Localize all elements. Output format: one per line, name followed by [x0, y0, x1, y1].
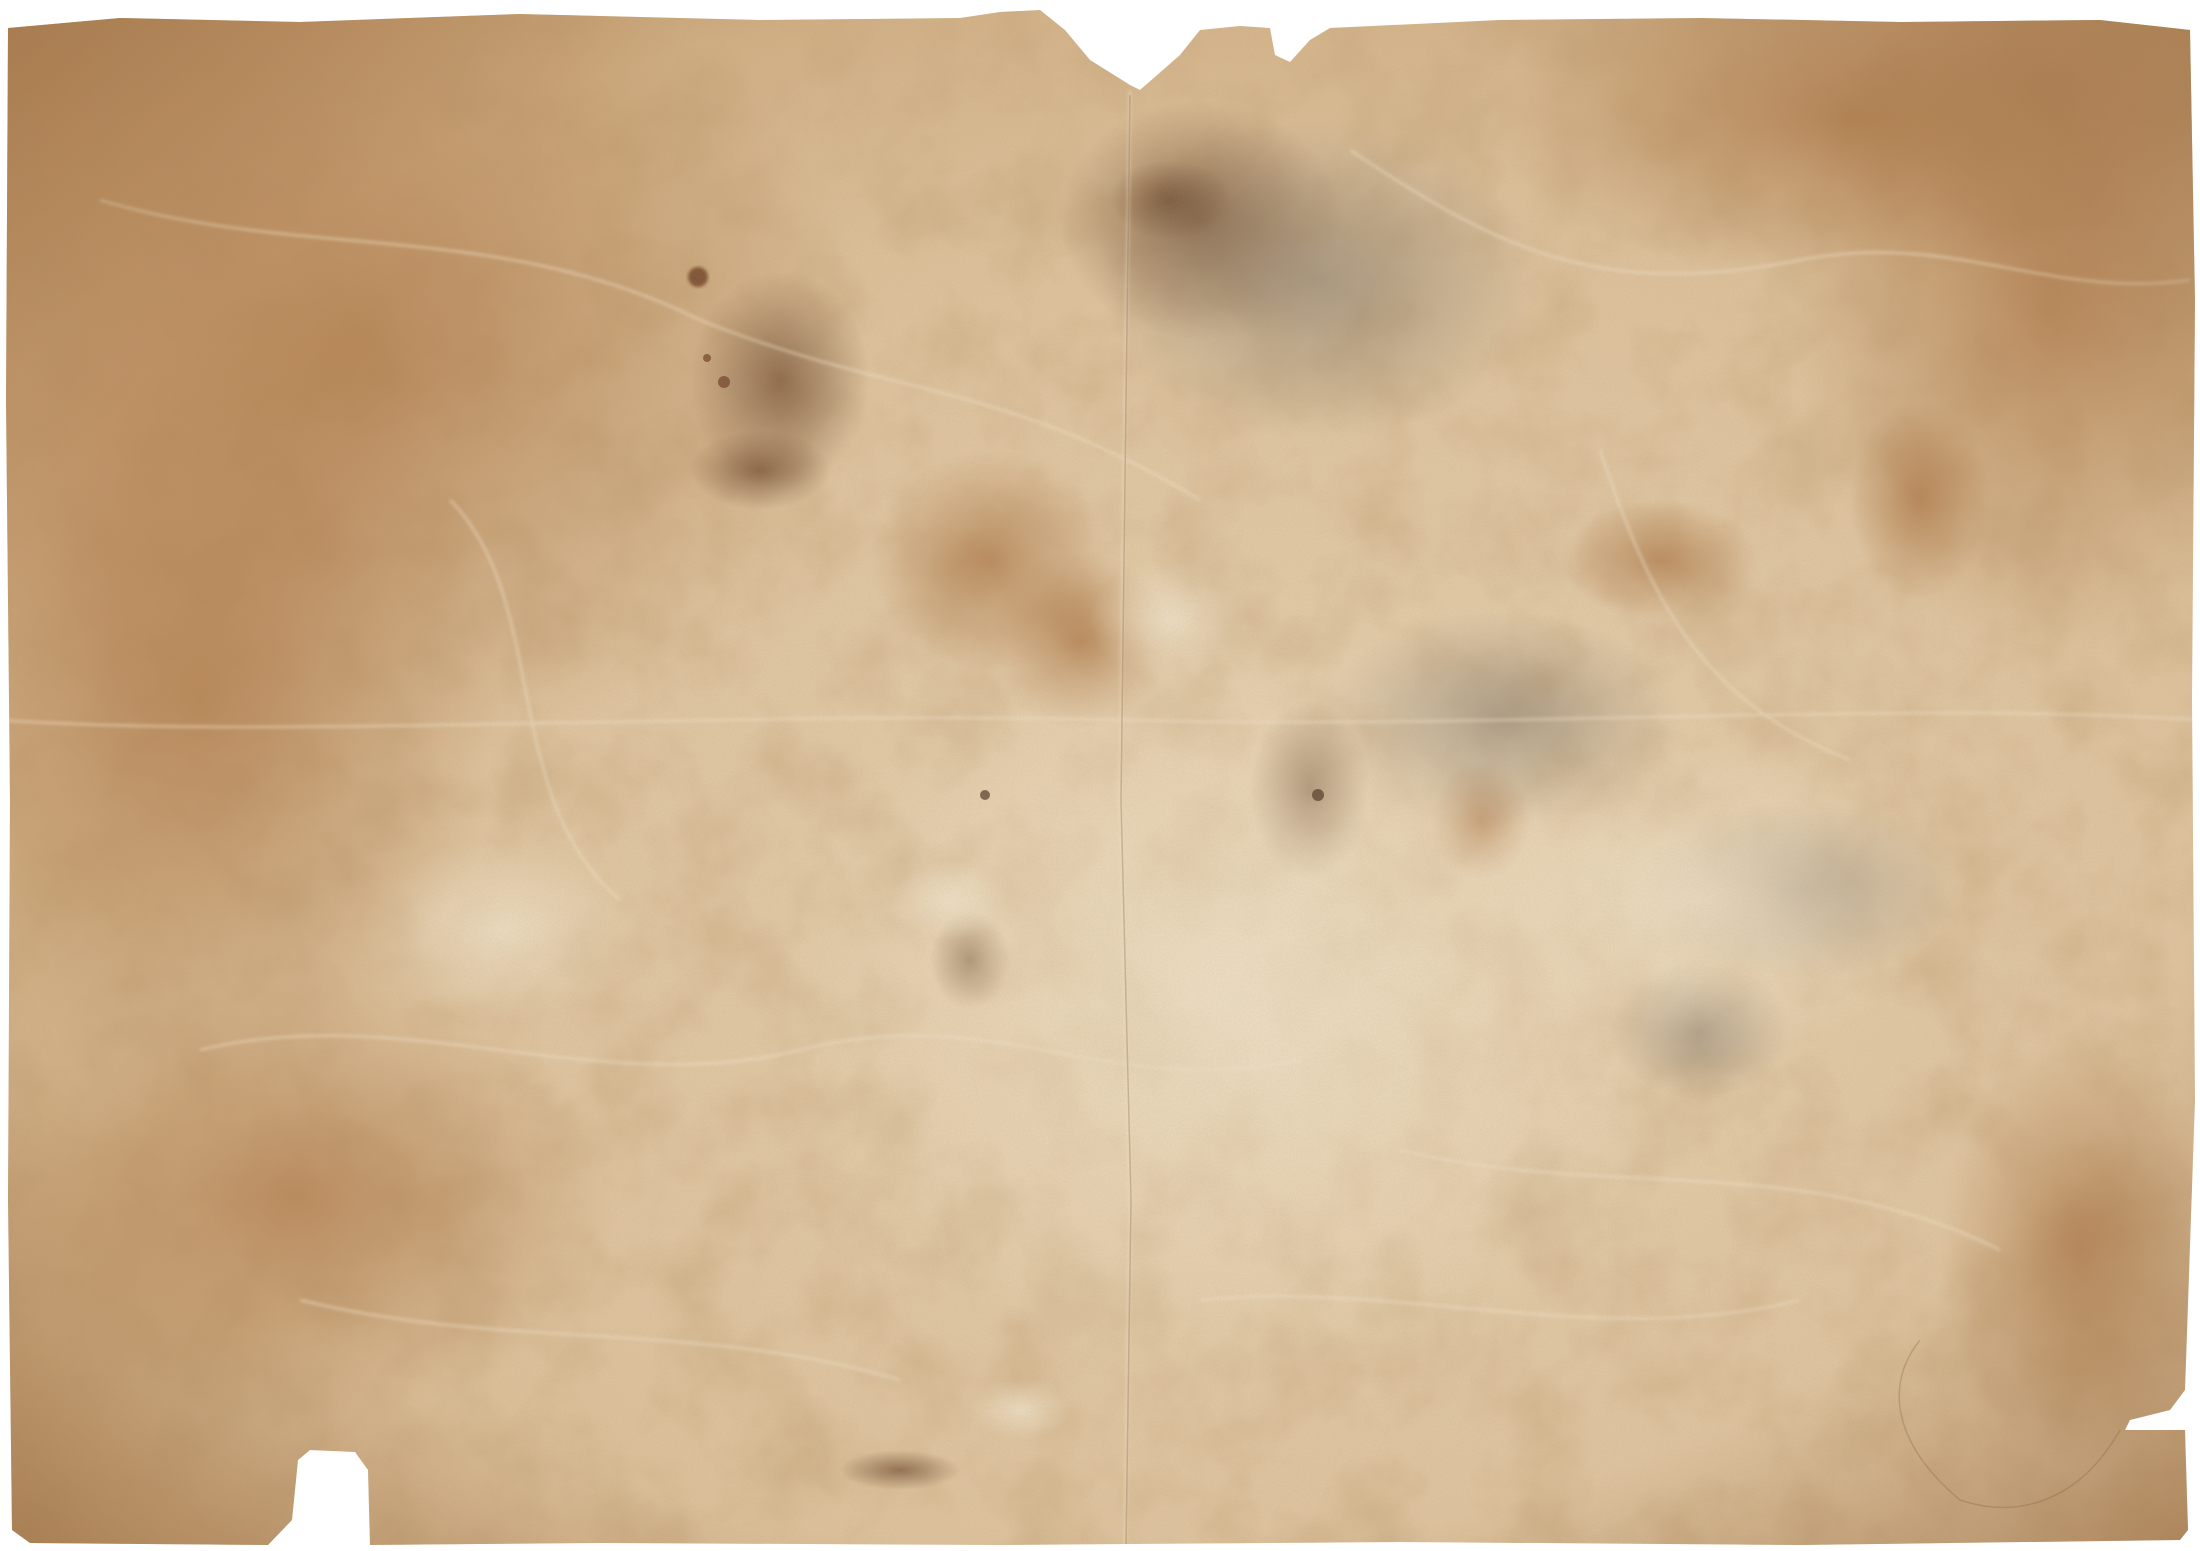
parchment-paper: [0, 0, 2200, 1551]
parchment-scene: [0, 0, 2200, 1551]
paper-body: [0, 0, 2200, 1551]
